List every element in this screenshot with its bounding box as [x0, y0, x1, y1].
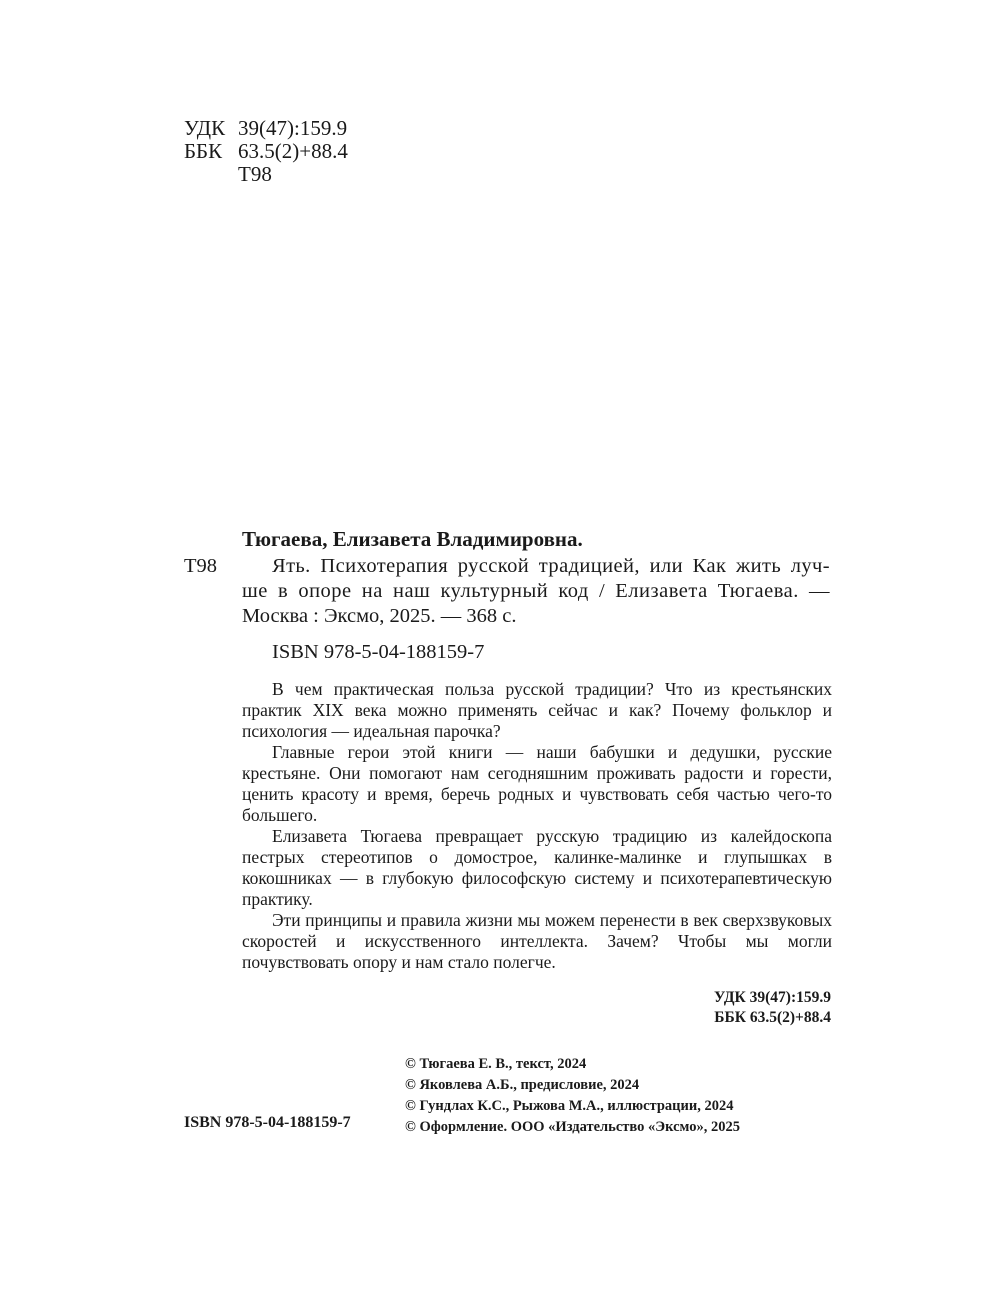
bbk-code: ББК 63.5(2)+88.4 [714, 1008, 831, 1028]
udk-line: УДК39(47):159.9 [184, 117, 348, 140]
annotation: В чем практическая польза русской традиц… [242, 679, 832, 973]
author-mark-line: Т98 [184, 163, 348, 186]
annotation-paragraph: Эти принципы и правила жизни мы можем пе… [242, 910, 832, 973]
isbn-bottom: ISBN 978-5-04-188159-7 [184, 1114, 351, 1132]
annotation-paragraph: Главные герои этой книги — наши бабушки … [242, 742, 832, 826]
udk-value: 39(47):159.9 [238, 116, 347, 140]
biblio-line-3: Москва : Эксмо, 2025. — 368 с. [242, 604, 830, 629]
udk-label: УДК [184, 117, 238, 140]
udk-code: УДК 39(47):159.9 [714, 988, 831, 1008]
bibliographic-description: Ять. Психотерапия русской традицией, или… [242, 554, 830, 629]
bbk-line: ББК63.5(2)+88.4 [184, 140, 348, 163]
entry-author-mark: Т98 [184, 554, 217, 579]
author-mark: Т98 [238, 162, 272, 186]
annotation-paragraph: Елизавета Тюгаева превращает русскую тра… [242, 826, 832, 910]
copyright-line: © Яковлева А.Б., предисловие, 2024 [405, 1075, 740, 1096]
biblio-line-1: Ять. Психотерапия русской традицией, или… [242, 554, 830, 579]
classification-codes-top: УДК39(47):159.9 ББК63.5(2)+88.4 Т98 [184, 117, 348, 186]
bbk-label: ББК [184, 140, 238, 163]
classification-codes-bottom: УДК 39(47):159.9 ББК 63.5(2)+88.4 [714, 988, 831, 1028]
copyright-line: © Тюгаева Е. В., текст, 2024 [405, 1054, 740, 1075]
author-heading: Тюгаева, Елизавета Владимировна. [242, 527, 583, 552]
entry-isbn: ISBN 978-5-04-188159-7 [272, 640, 484, 665]
copyright-line: © Оформление. ООО «Издательство «Эксмо»,… [405, 1117, 740, 1138]
annotation-paragraph: В чем практическая польза русской традиц… [242, 679, 832, 742]
copyright-block: © Тюгаева Е. В., текст, 2024 © Яковлева … [405, 1054, 740, 1138]
copyright-line: © Гундлах К.С., Рыжова М.А., иллюстрации… [405, 1096, 740, 1117]
bbk-value: 63.5(2)+88.4 [238, 139, 348, 163]
biblio-line-2: ше в опоре на наш культурный код / Елиза… [242, 579, 830, 604]
